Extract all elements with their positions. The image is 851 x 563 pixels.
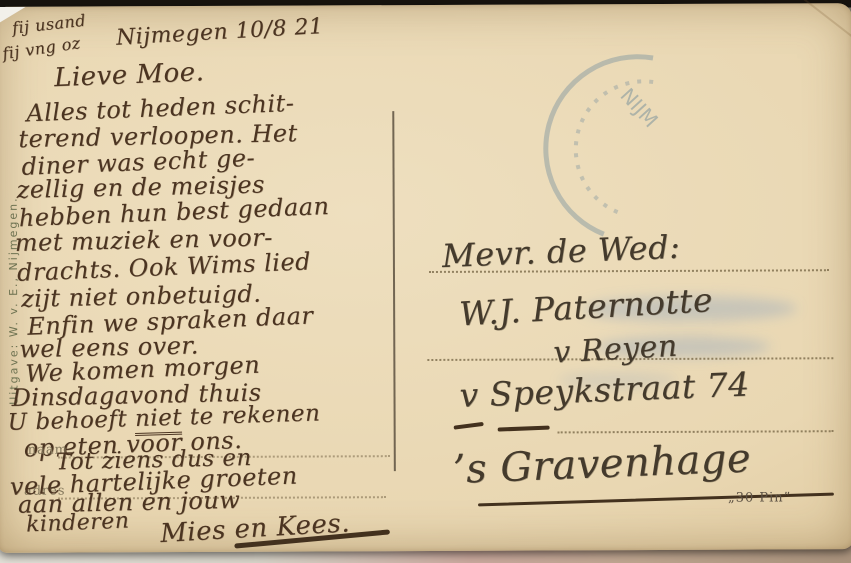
message-line: kinderen (26, 508, 130, 537)
center-divider-line (392, 111, 396, 471)
postmark-letters: NIJM (616, 83, 663, 132)
salutation: Lieve Moe. (54, 57, 205, 93)
paper-crease (786, 0, 851, 39)
dateline: Nijmegen 10/8 21 (115, 14, 324, 51)
address-line-name: W.J. Paternotte (458, 280, 714, 333)
address-line-name-2: v Reyen (552, 329, 678, 371)
address-line-street: v Speykstraat 74 (459, 365, 750, 415)
emphasis-post: te rekenen (182, 400, 321, 430)
postmark-icon: NIJM (541, 44, 752, 260)
price-mark: „30 Pin” (728, 490, 791, 505)
address-line-city: ’s Gravenhage (452, 435, 752, 493)
address-dotted-line-3 (558, 430, 834, 433)
pen-dash (498, 426, 550, 432)
pen-dash (454, 422, 484, 430)
top-scribble-2: fij vng oz (1, 33, 82, 63)
postcard-paper: Uitgave: W. v. E., Nijmegen. NIJM fij us… (0, 3, 851, 553)
scanned-postcard-back: Uitgave: W. v. E., Nijmegen. NIJM fij us… (0, 0, 851, 563)
address-line-recipient: Mevr. de Wed: (441, 228, 681, 275)
